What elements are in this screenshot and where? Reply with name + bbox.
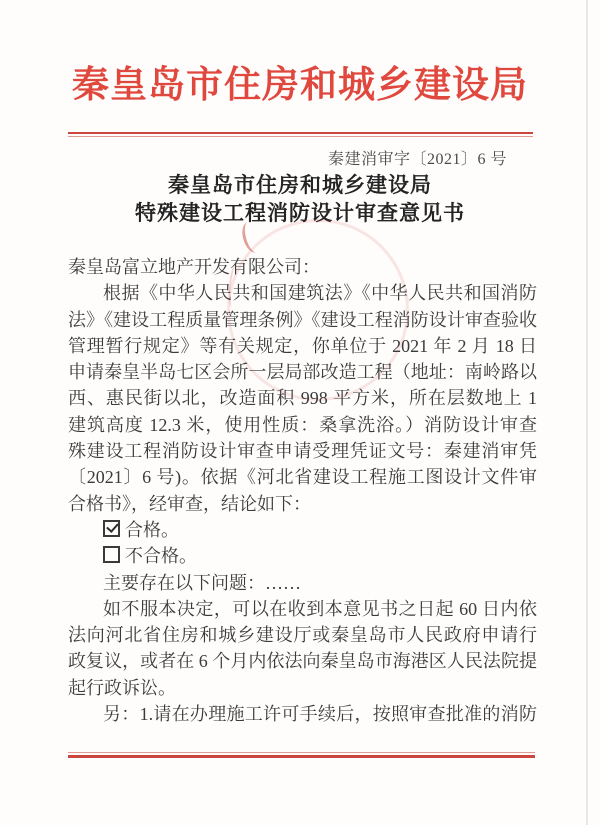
document-page: 秦皇岛市住房和城乡建设局 秦建消审字〔2021〕6 号 秦皇岛市住房和城乡建设局…	[0, 0, 600, 825]
checkbox-unchecked-icon	[103, 546, 120, 563]
body-line: 〔2021〕6 号)。依据《河北省建设工程施工图设计文件审查	[68, 464, 537, 490]
body-line: 合格书》，经审查，结论如下：	[68, 491, 537, 517]
footer-divider	[68, 752, 535, 758]
body-line: 建筑高度 12.3 米，使用性质：桑拿洗浴。）消防设计审查(特	[68, 412, 537, 438]
body-text: 秦皇岛富立地产开发有限公司：根据《中华人民共和国建筑法》《中华人民共和国消防法》…	[68, 254, 537, 727]
body-line: 秦皇岛富立地产开发有限公司：	[68, 254, 537, 280]
checkbox-checked-icon	[103, 520, 120, 537]
body-line: 管理暂行规定》等有关规定，你单位于 2021 年 2 月 18 日	[68, 333, 537, 359]
scan-edge-artifact	[586, 0, 588, 825]
document-title: 秦皇岛市住房和城乡建设局 特殊建设工程消防设计审查意见书	[0, 172, 600, 228]
body-line: 殊建设工程消防设计审查申请受理凭证文号：秦建消审凭	[68, 438, 537, 464]
document-title-line1: 秦皇岛市住房和城乡建设局	[0, 172, 600, 200]
conclusion-option-label: 不合格。	[125, 546, 197, 566]
conclusion-option: 合格。	[68, 517, 537, 543]
conclusion-option-label: 合格。	[125, 520, 179, 540]
body-line: 申请秦皇半岛七区会所一层局部改造工程（地址：南岭路以	[68, 359, 537, 385]
body-line: 西、惠民街以北，改造面积 998 平方米，所在层数地上 1 层，	[68, 385, 537, 411]
body-line: 如不服本决定，可以在收到本意见书之日起 60 日内依	[68, 596, 537, 622]
body-line: 法向河北省住房和城乡建设厅或秦皇岛市人民政府申请行	[68, 622, 537, 648]
conclusion-option: 不合格。	[68, 543, 537, 569]
body-line: 政复议，或者在 6 个月内依法向秦皇岛市海港区人民法院提	[68, 648, 537, 674]
body-line: 起行政诉讼。	[68, 675, 537, 701]
document-number: 秦建消审字〔2021〕6 号	[328, 146, 507, 169]
body-line: 主要存在以下问题：……	[68, 570, 537, 596]
body-line: 法》《建设工程质量管理条例》《建设工程消防设计审查验收	[68, 307, 537, 333]
body-line: 另：1.请在办理施工许可手续后，按照审查批准的消防	[68, 701, 537, 727]
letterhead-divider	[68, 132, 533, 134]
body-line: 根据《中华人民共和国建筑法》《中华人民共和国消防	[68, 280, 537, 306]
letterhead-title: 秦皇岛市住房和城乡建设局	[0, 62, 600, 110]
